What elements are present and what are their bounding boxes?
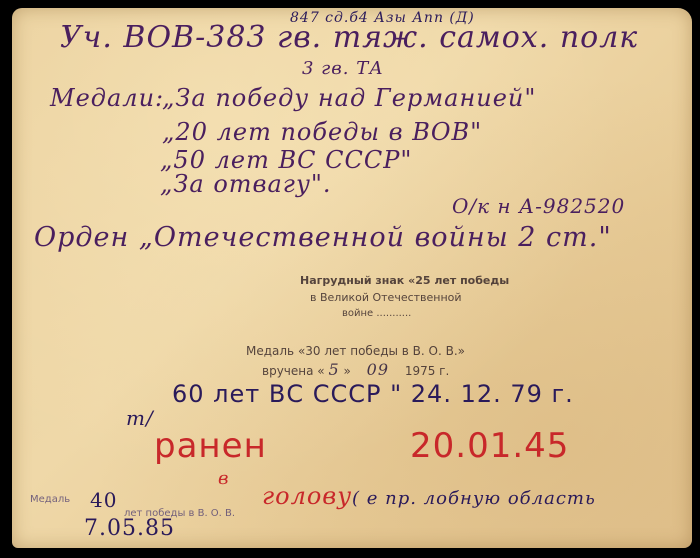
stamp-prefix: вручена «: [262, 364, 325, 378]
wounded-where-prefix: в: [218, 468, 229, 489]
medal-2: „20 лет победы в ВОВ": [162, 118, 482, 146]
unit-line-2: 3 гв. ТА: [302, 58, 384, 79]
stamp-badge-line-2: в Великой Отечественной: [310, 291, 462, 304]
stamp-badge-line-1: Нагрудный знак «25 лет победы: [300, 274, 509, 287]
stamp-badge-line-3: войне ...........: [342, 308, 411, 319]
medal-1: „За победу над Германией": [162, 84, 536, 112]
order-award: Орден „Отечественной войны 2 ст.": [34, 222, 612, 253]
wounded-date: 20.01.45: [410, 426, 569, 466]
stamp-month: 09: [367, 360, 389, 379]
medal-60-line: 60 лет ВС СССР " 24. 12. 79 г.: [172, 380, 574, 408]
stamp-medal-40-number: 40: [90, 488, 117, 512]
stamp-medal-40-prefix: Медаль: [30, 494, 70, 505]
stamp-day: 5: [328, 360, 339, 379]
wounded-marker: т/: [126, 406, 154, 430]
stamp-medal-30-line-1: Медаль «30 лет победы в В. О. В.»: [246, 344, 465, 358]
document-card: 847 сд.б4 Азы Апп (Д) Уч. ВОВ-383 гв. тя…: [12, 8, 692, 548]
unit-line-1: Уч. ВОВ-383 гв. тяж. самох. полк: [60, 20, 638, 55]
stamp-mid: »: [343, 364, 350, 378]
wounded-where: голову: [262, 482, 352, 510]
medals-label: Медали:: [50, 84, 164, 112]
stamp-medal-40-date: 7.05.85: [84, 516, 175, 541]
wounded-label: ранен: [154, 426, 267, 466]
wounded-extra: ( е пр. лобную область: [352, 488, 596, 509]
order-reference: О/к н А-982520: [452, 194, 625, 218]
stamp-year: 1975 г.: [405, 364, 449, 378]
medal-4: „За отвагу".: [160, 170, 332, 198]
stamp-medal-30-line-2: вручена « 5 » 09 1975 г.: [262, 360, 449, 379]
